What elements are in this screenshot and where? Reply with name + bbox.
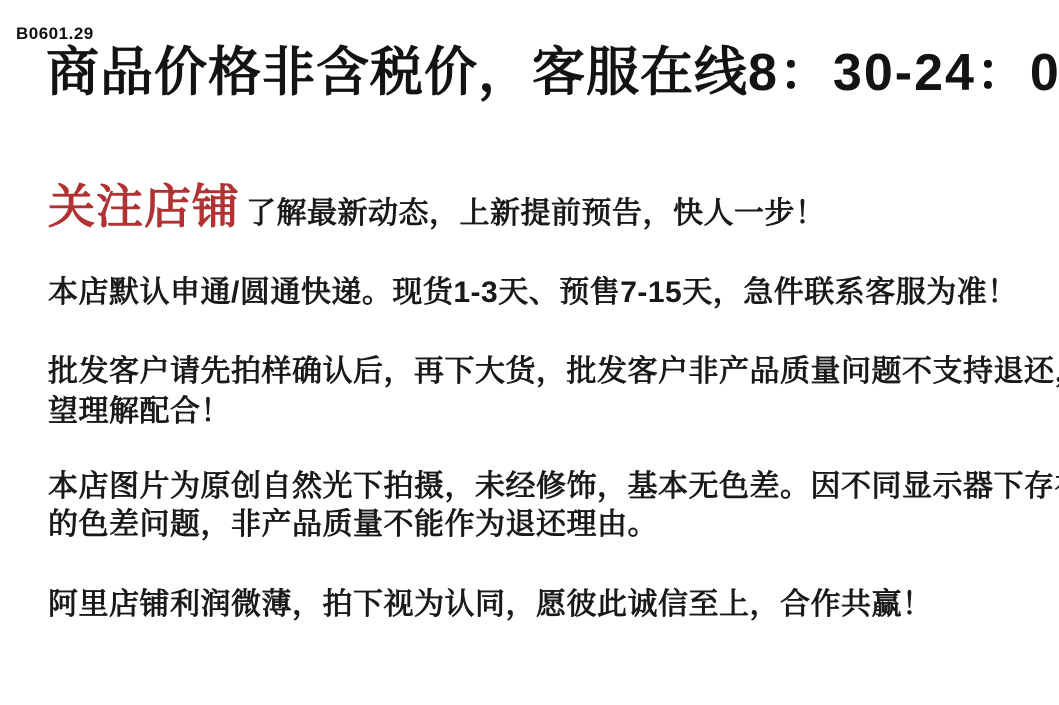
color-difference-paragraph: 本店图片为原创自然光下拍摄，未经修饰，基本无色差。因不同显示器下存在 的色差问题… xyxy=(48,468,1059,544)
service-hours: 8：30-24：00 xyxy=(748,30,1059,105)
color-difference-paragraph-line-1: 本店图片为原创自然光下拍摄，未经修饰，基本无色差。因不同显示器下存在 xyxy=(48,468,1059,506)
wholesale-paragraph-line-1: 批发客户请先拍样确认后，再下大货，批发客户非产品质量问题不支持退还， xyxy=(48,352,1059,392)
follow-store-line: 关注店铺 了解最新动态，上新提前预告，快人一步！ xyxy=(48,170,826,237)
wholesale-paragraph-line-2: 望理解配合！ xyxy=(48,392,1059,432)
page-title: 商品价格非含税价，客服在线8：30-24：00 xyxy=(46,30,1059,106)
follow-store-label: 关注店铺 xyxy=(48,170,240,237)
shipping-paragraph-line: 本店默认申通/圆通快递。现货1-3天、预售7-15天，急件联系客服为准！ xyxy=(48,273,1018,313)
shipping-paragraph: 本店默认申通/圆通快递。现货1-3天、预售7-15天，急件联系客服为准！ xyxy=(48,273,1018,313)
follow-store-note: 了解最新动态，上新提前预告，快人一步！ xyxy=(246,188,826,232)
color-difference-paragraph-line-2: 的色差问题，非产品质量不能作为退还理由。 xyxy=(48,506,1059,544)
cooperation-paragraph-line: 阿里店铺利润微薄，拍下视为认同，愿彼此诚信至上，合作共赢！ xyxy=(48,585,933,625)
store-notice-page: B0601.29 商品价格非含税价，客服在线8：30-24：00 关注店铺 了解… xyxy=(0,0,1059,705)
page-title-text: 商品价格非含税价，客服在线 xyxy=(46,30,748,106)
cooperation-paragraph: 阿里店铺利润微薄，拍下视为认同，愿彼此诚信至上，合作共赢！ xyxy=(48,585,933,625)
wholesale-paragraph: 批发客户请先拍样确认后，再下大货，批发客户非产品质量问题不支持退还， 望理解配合… xyxy=(48,352,1059,432)
